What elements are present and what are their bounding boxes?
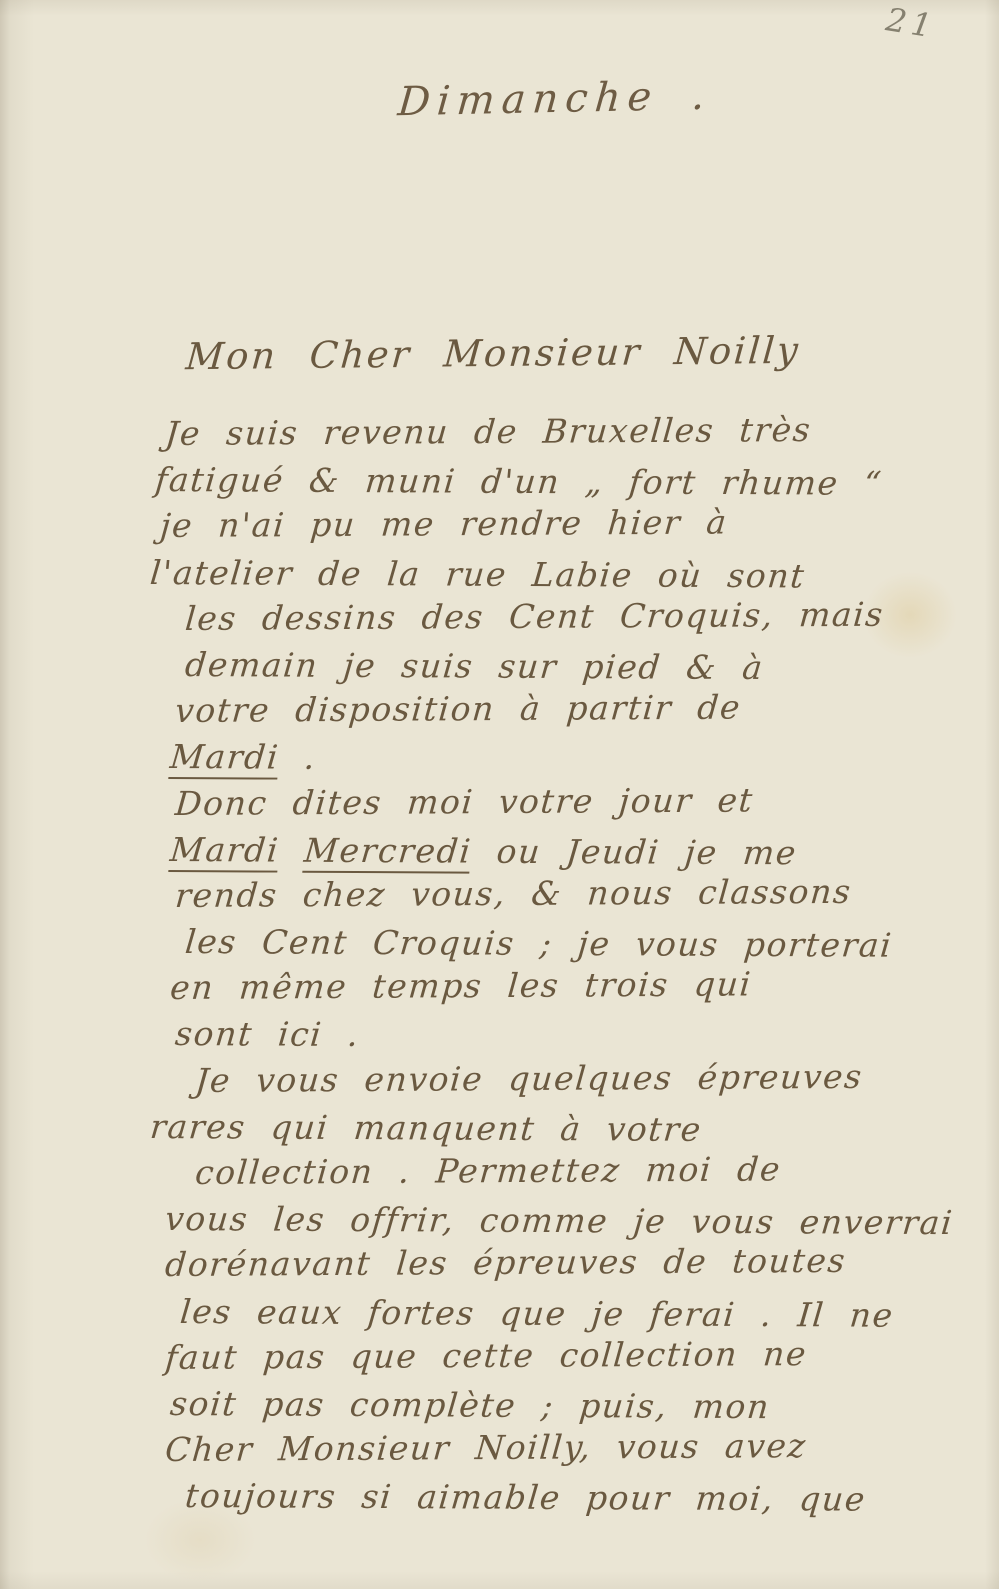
letter-line-text: . xyxy=(277,738,318,777)
letter-line: rends chez vous, & nous classons xyxy=(173,871,999,922)
letter-line: votre disposition à partir de xyxy=(173,686,999,737)
letter-body: Je suis revenu de Bruxelles très fatigué… xyxy=(0,414,999,1523)
letter-line-text: ou Jeudi je me xyxy=(470,831,799,872)
page-number: 21 xyxy=(884,0,940,45)
underlined-word: Mercredi xyxy=(302,830,473,873)
letter-salutation: Mon Cher Monsieur Noilly xyxy=(184,329,802,378)
underlined-word: Mardi xyxy=(168,737,281,780)
letter-line: en même temps les trois qui xyxy=(168,963,999,1014)
letter-line: collection . Permettez moi de xyxy=(193,1148,999,1199)
letter-line: toujours si aimable pour moi, que xyxy=(183,1476,999,1526)
letter-line: Je suis revenu de Bruxelles très xyxy=(163,409,999,460)
letter-line: dorénavant les épreuves de toutes xyxy=(163,1240,999,1291)
letter-line: je n'ai pu me rendre hier à xyxy=(158,501,999,552)
letter-line: Donc dites moi votre jour et xyxy=(173,778,999,829)
letter-page: 21 Dimanche . Mon Cher Monsieur Noilly J… xyxy=(0,0,999,1589)
letter-line: les dessins des Cent Croquis, mais xyxy=(183,594,999,645)
letter-dateline: Dimanche . xyxy=(396,73,713,126)
letter-line: Cher Monsieur Noilly, vous avez xyxy=(163,1425,999,1476)
letter-line: faut pas que cette collection ne xyxy=(163,1333,999,1384)
underlined-word: Mardi xyxy=(168,830,281,873)
letter-line-text xyxy=(277,830,306,869)
letter-line: Je vous envoie quelques épreuves xyxy=(193,1056,999,1107)
